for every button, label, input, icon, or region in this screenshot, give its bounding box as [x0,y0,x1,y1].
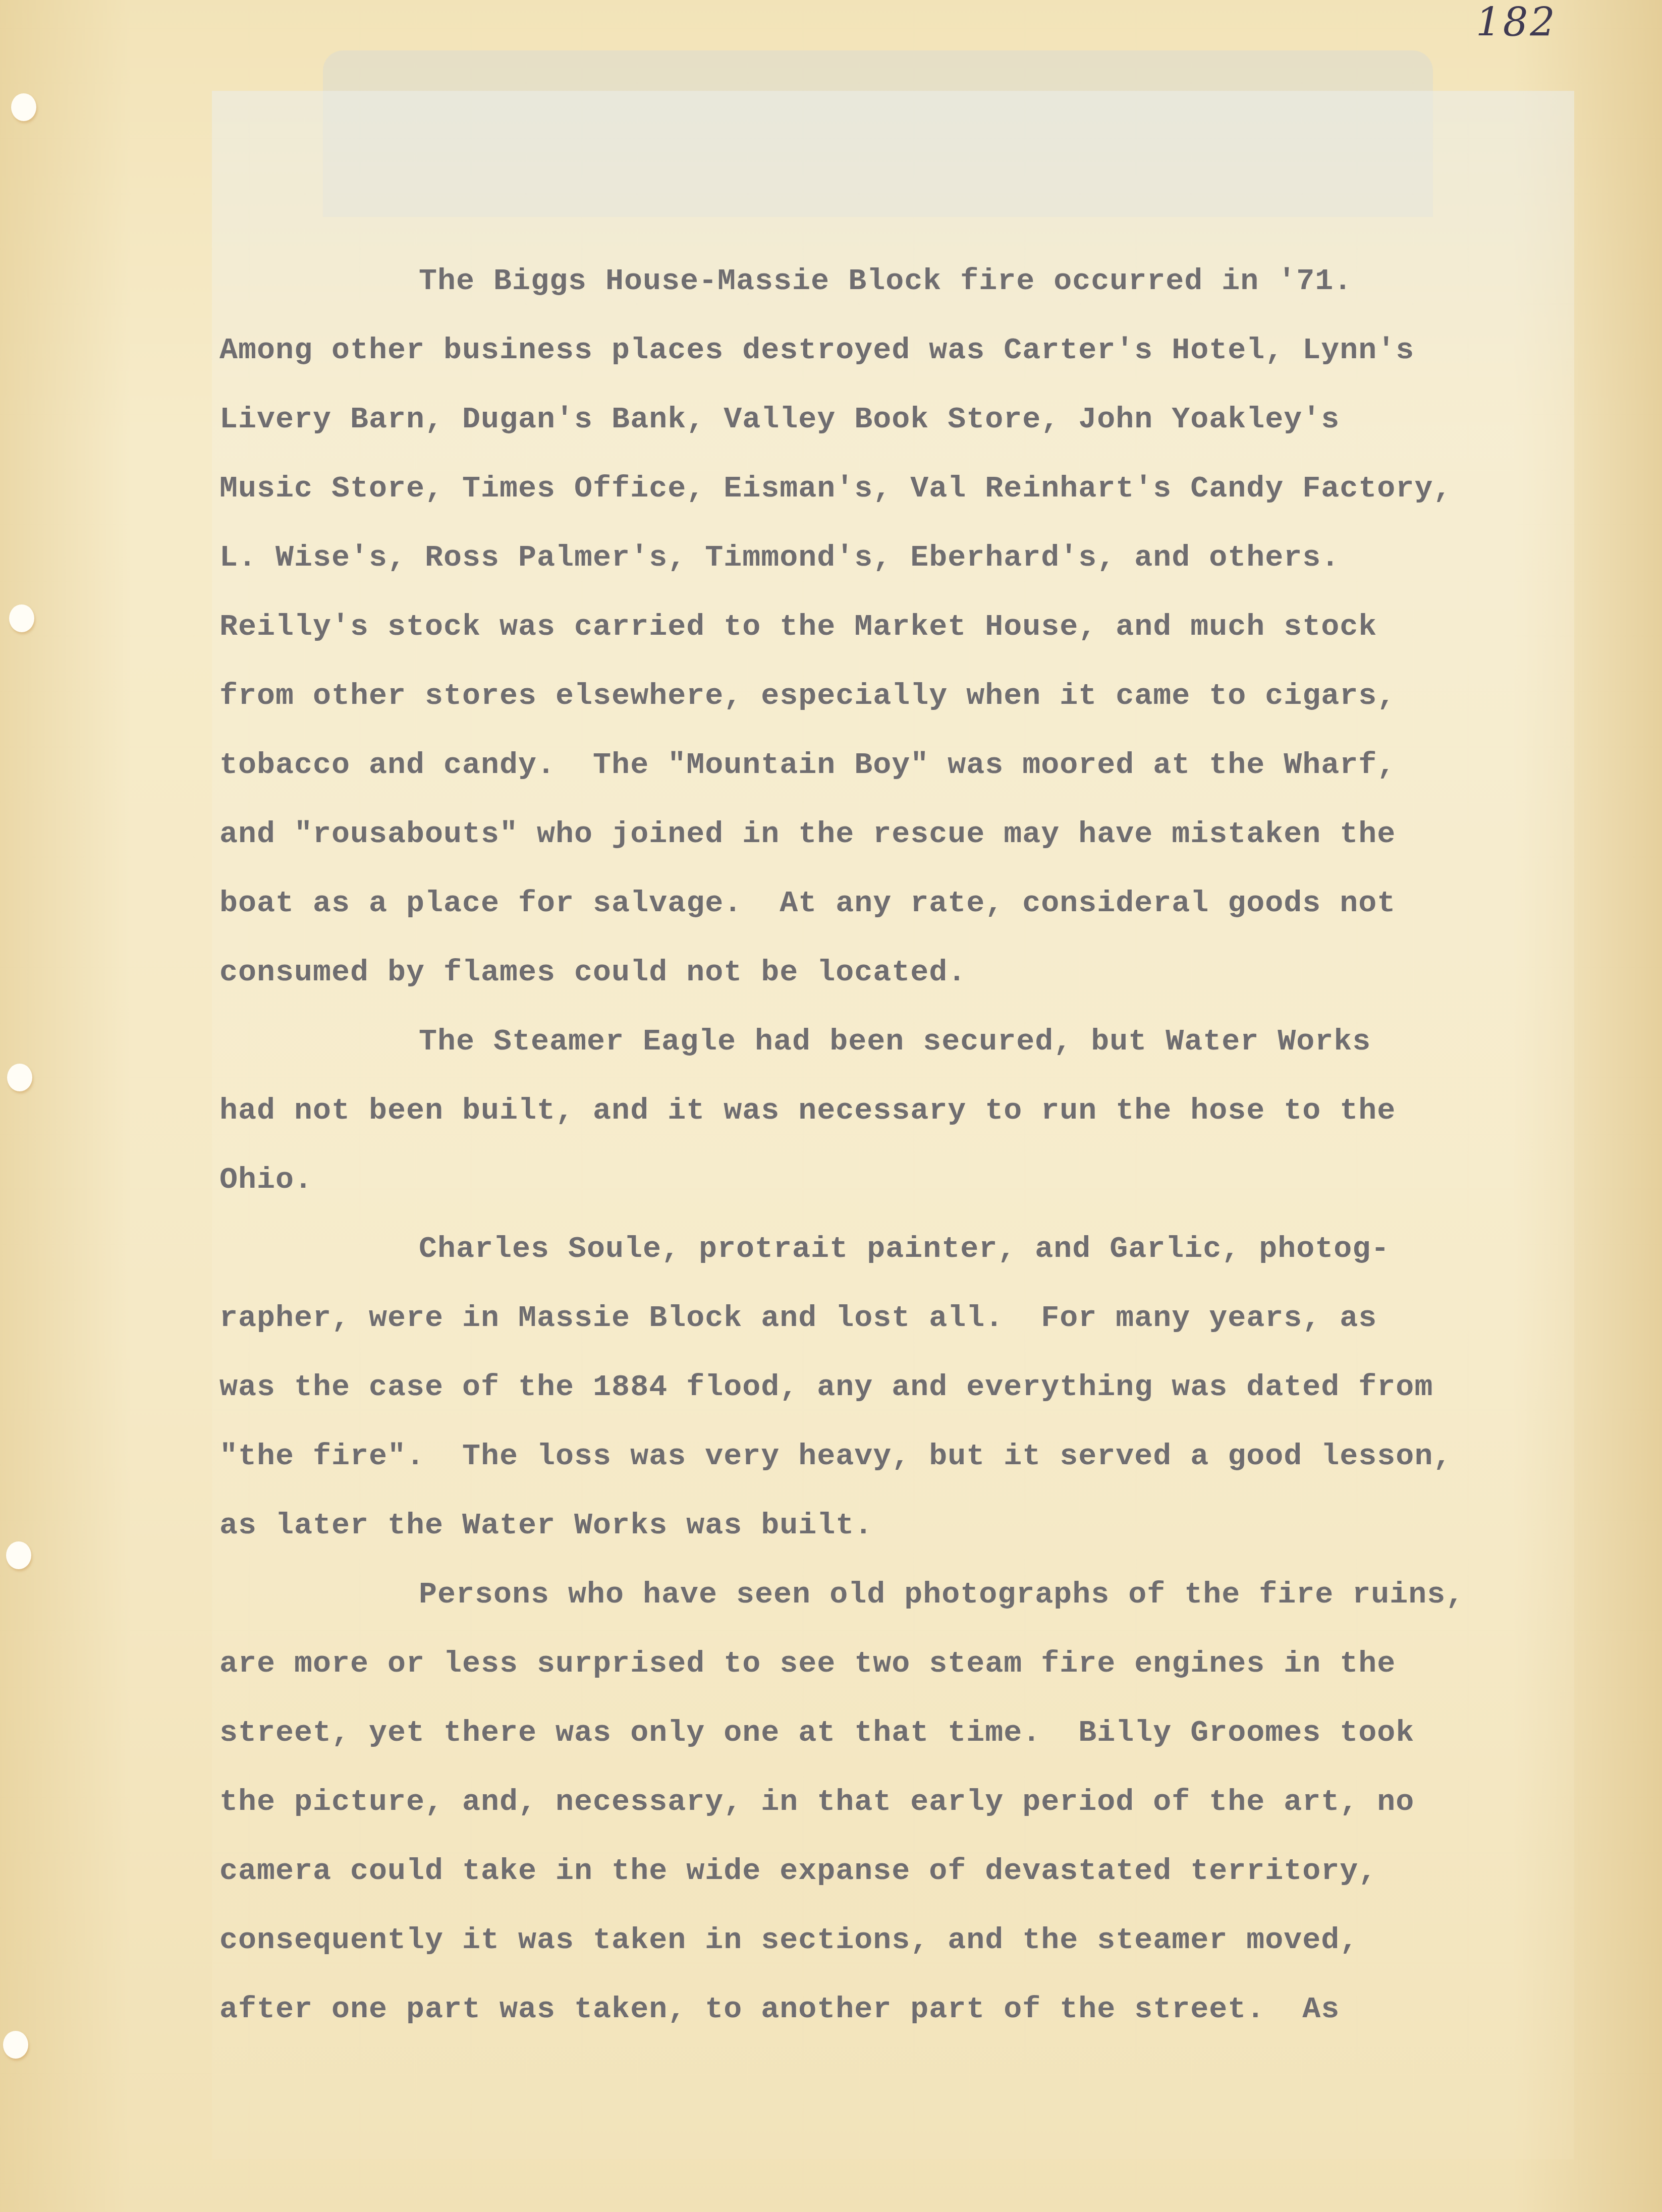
text-line: Charles Soule, protrait painter, and Gar… [219,1215,1572,1284]
text-line: had not been built, and it was necessary… [219,1077,1572,1146]
text-line: Music Store, Times Office, Eisman's, Val… [219,455,1572,524]
punch-hole-icon [7,1064,32,1091]
text-line: and "rousabouts" who joined in the rescu… [219,800,1572,869]
text-line: boat as a place for salvage. At any rate… [219,869,1572,938]
text-line: Among other business places destroyed wa… [219,316,1572,385]
text-line: are more or less surprised to see two st… [219,1630,1572,1699]
text-line: street, yet there was only one at that t… [219,1699,1572,1768]
text-line: rapher, were in Massie Block and lost al… [219,1284,1572,1353]
text-line: consumed by flames could not be located. [219,938,1572,1008]
text-line: "the fire". The loss was very heavy, but… [219,1422,1572,1491]
text-line: the picture, and, necessary, in that ear… [219,1768,1572,1837]
text-line: as later the Water Works was built. [219,1491,1572,1561]
punch-hole-icon [11,93,36,121]
text-line: Persons who have seen old photographs of… [219,1561,1572,1630]
punch-hole-icon [3,2031,28,2059]
text-line: tobacco and candy. The "Mountain Boy" wa… [219,731,1572,800]
text-line: from other stores elsewhere, especially … [219,662,1572,731]
text-line: The Steamer Eagle had been secured, but … [219,1008,1572,1077]
text-line: Ohio. [219,1146,1572,1215]
text-line: Reilly's stock was carried to the Market… [219,593,1572,662]
text-line: consequently it was taken in sections, a… [219,1906,1572,1975]
text-line: L. Wise's, Ross Palmer's, Timmond's, Ebe… [219,524,1572,593]
handwritten-page-number: 182 [1476,0,1557,45]
paper-page: 182 The Biggs House-Massie Block fire oc… [0,0,1662,2212]
text-line: was the case of the 1884 flood, any and … [219,1353,1572,1422]
text-line: Livery Barn, Dugan's Bank, Valley Book S… [219,385,1572,455]
text-line: after one part was taken, to another par… [219,1975,1572,2044]
typescript-body: The Biggs House-Massie Block fire occurr… [219,247,1572,2044]
text-line: camera could take in the wide expanse of… [219,1837,1572,1906]
punch-hole-icon [9,604,34,632]
text-line: The Biggs House-Massie Block fire occurr… [219,247,1572,316]
punch-hole-icon [6,1541,31,1569]
